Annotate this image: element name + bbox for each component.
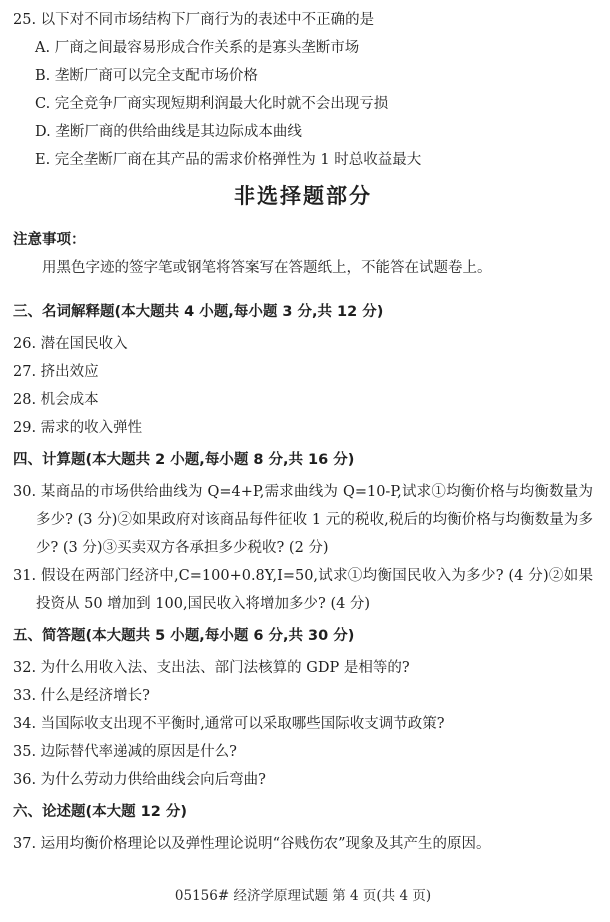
question-25-option-b: B. 垄断厂商可以完全支配市场价格 <box>35 62 593 90</box>
notice-body: 用黑色字迹的签字笔或钢笔将答案写在答题纸上，不能答在试题卷上。 <box>13 254 593 282</box>
section-short-answer-heading: 五、简答题(本大题共 5 小题,每小题 6 分,共 30 分) <box>13 622 593 650</box>
question-25-option-a: A. 厂商之间最容易形成合作关系的是寡头垄断市场 <box>35 34 593 62</box>
page-footer: 05156# 经济学原理试题 第 4 页(共 4 页) <box>13 886 593 906</box>
notice-title: 注意事项： <box>13 226 593 254</box>
question-36: 36. 为什么劳动力供给曲线会向后弯曲? <box>13 766 593 794</box>
question-30: 30. 某商品的市场供给曲线为 Q=4+P,需求曲线为 Q=10-P,试求①均衡… <box>13 478 593 562</box>
question-28: 28. 机会成本 <box>13 386 593 414</box>
question-37: 37. 运用均衡价格理论以及弹性理论说明“谷贱伤农”现象及其产生的原因。 <box>13 830 593 858</box>
question-35: 35. 边际替代率递减的原因是什么? <box>13 738 593 766</box>
question-33: 33. 什么是经济增长? <box>13 682 593 710</box>
question-31: 31. 假设在两部门经济中,C=100+0.8Y,I=50,试求①均衡国民收入为… <box>13 562 593 618</box>
question-29: 29. 需求的收入弹性 <box>13 414 593 442</box>
section-calculation-heading: 四、计算题(本大题共 2 小题,每小题 8 分,共 16 分) <box>13 446 593 474</box>
question-25-options: A. 厂商之间最容易形成合作关系的是寡头垄断市场 B. 垄断厂商可以完全支配市场… <box>13 34 593 174</box>
question-27: 27. 挤出效应 <box>13 358 593 386</box>
question-25-option-c: C. 完全竞争厂商实现短期利润最大化时就不会出现亏损 <box>35 90 593 118</box>
question-32: 32. 为什么用收入法、支出法、部门法核算的 GDP 是相等的? <box>13 654 593 682</box>
question-25-option-d: D. 垄断厂商的供给曲线是其边际成本曲线 <box>35 118 593 146</box>
question-25: 25. 以下对不同市场结构下厂商行为的表述中不正确的是 A. 厂商之间最容易形成… <box>13 6 593 174</box>
question-25-option-e: E. 完全垄断厂商在其产品的需求价格弹性为 1 时总收益最大 <box>35 146 593 174</box>
question-34: 34. 当国际收支出现不平衡时,通常可以采取哪些国际收支调节政策? <box>13 710 593 738</box>
part-title: 非选择题部分 <box>13 180 593 212</box>
question-26: 26. 潜在国民收入 <box>13 330 593 358</box>
question-25-stem: 25. 以下对不同市场结构下厂商行为的表述中不正确的是 <box>13 6 593 34</box>
exam-page: 25. 以下对不同市场结构下厂商行为的表述中不正确的是 A. 厂商之间最容易形成… <box>0 0 610 922</box>
section-definitions-heading: 三、名词解释题(本大题共 4 小题,每小题 3 分,共 12 分) <box>13 298 593 326</box>
section-essay-heading: 六、论述题(本大题 12 分) <box>13 798 593 826</box>
